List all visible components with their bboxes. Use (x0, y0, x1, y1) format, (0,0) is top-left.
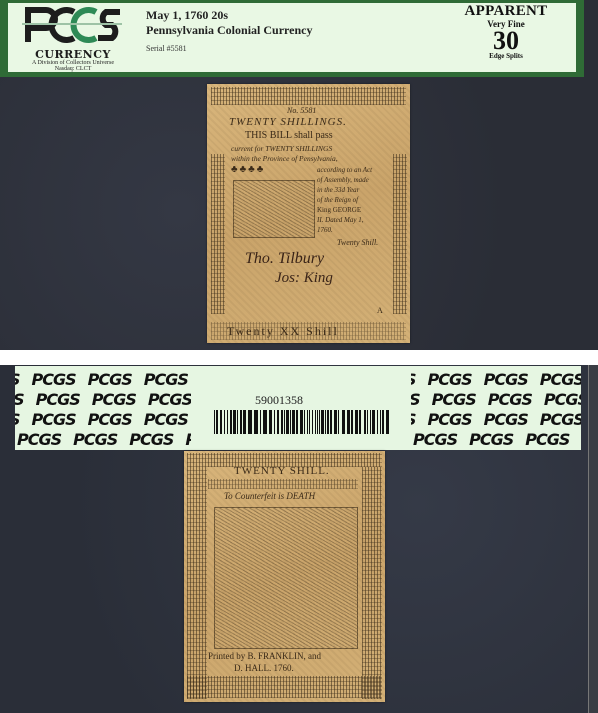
pcgs-security-pattern: SPCGSPCGSPCGS GSPCGSPCGSPCGS SPCGSPCGSPC… (411, 366, 581, 450)
signature: Jos: King (275, 270, 333, 287)
certification-label: SPCGSPCGSPCGS GSPCGSPCGSPCGS SPCGSPCGSPC… (15, 366, 581, 450)
note-text-line: THIS BILL shall pass (245, 130, 333, 141)
grade-block: APPARENT Very Fine 30 Edge Splits (446, 4, 566, 61)
note-text-line: 1760. (317, 226, 333, 234)
nature-print-vignette (233, 180, 315, 238)
note-text-line: King GEORGE (317, 206, 361, 214)
printer-imprint: D. HALL. 1760. (234, 663, 294, 673)
note-text-line: Twenty Shill. (337, 238, 378, 247)
note-text-line: II. Dated May 1, (317, 216, 363, 224)
note-text-line: of Assembly, made (317, 176, 369, 184)
nature-print-vignette (214, 507, 358, 649)
note-denomination: TWENTY SHILLINGS. (229, 116, 347, 128)
image-divider (0, 350, 598, 365)
left-border-ornament (187, 467, 207, 699)
note-serial: Serial #5581 (146, 44, 187, 53)
grading-label: CURRENCY A Division of Collectors Univer… (0, 0, 584, 77)
ornament-band (208, 479, 358, 489)
holder-edge (588, 365, 598, 713)
top-ornament (211, 87, 406, 105)
note-text-line: within the Province of Pensylvania, (231, 154, 338, 163)
signature: Tho. Tilbury (245, 250, 324, 268)
note-text-line: current for TWENTY SHILLINGS (231, 144, 332, 153)
note-title: Pennsylvania Colonial Currency (146, 23, 312, 38)
left-border-ornament (211, 154, 225, 314)
note-text-line: according to an Act (317, 166, 372, 174)
pcgs-logo-icon (22, 6, 122, 44)
brand-subtitle: A Division of Collectors Universe Nasdaq… (14, 60, 132, 72)
note-number: No. 5581 (287, 106, 316, 115)
grade-note: Edge Splits (446, 52, 566, 61)
note-date-denomination: May 1, 1760 20s (146, 8, 228, 23)
banknote-front: No. 5581 TWENTY SHILLINGS. THIS BILL sha… (207, 84, 410, 343)
certification-number: 59001358 (255, 393, 303, 408)
barcode (214, 410, 392, 434)
note-text-line: in the 33d Year (317, 186, 359, 194)
pcgs-logo: CURRENCY A Division of Collectors Univer… (14, 4, 132, 72)
bottom-border-ornament (187, 676, 382, 698)
right-border-ornament (393, 154, 407, 314)
grade-qualifier: APPARENT (446, 4, 566, 19)
right-border-ornament (362, 467, 382, 699)
note-text-line: of the Reign of (317, 196, 358, 204)
printer-imprint: Printed by B. FRANKLIN, and (208, 651, 321, 661)
counterfeit-warning: To Counterfeit is DEATH (224, 491, 315, 501)
pcgs-security-pattern: SPCGSPCGSPCGS GSPCGSPCGSPCGS SPCGSPCGSPC… (15, 366, 191, 450)
bottom-border-text: Twenty XX Shill (227, 324, 339, 339)
back-denomination: TWENTY SHILL. (234, 465, 330, 477)
brand-ticker: Nasdaq: CLCT (14, 66, 132, 72)
banknote-back: TWENTY SHILL. To Counterfeit is DEATH Pr… (184, 451, 385, 702)
grade-number: 30 (446, 30, 566, 52)
plate-letter: A (377, 306, 383, 315)
crowns-ornament: ♣♣♣♣ (231, 164, 265, 175)
